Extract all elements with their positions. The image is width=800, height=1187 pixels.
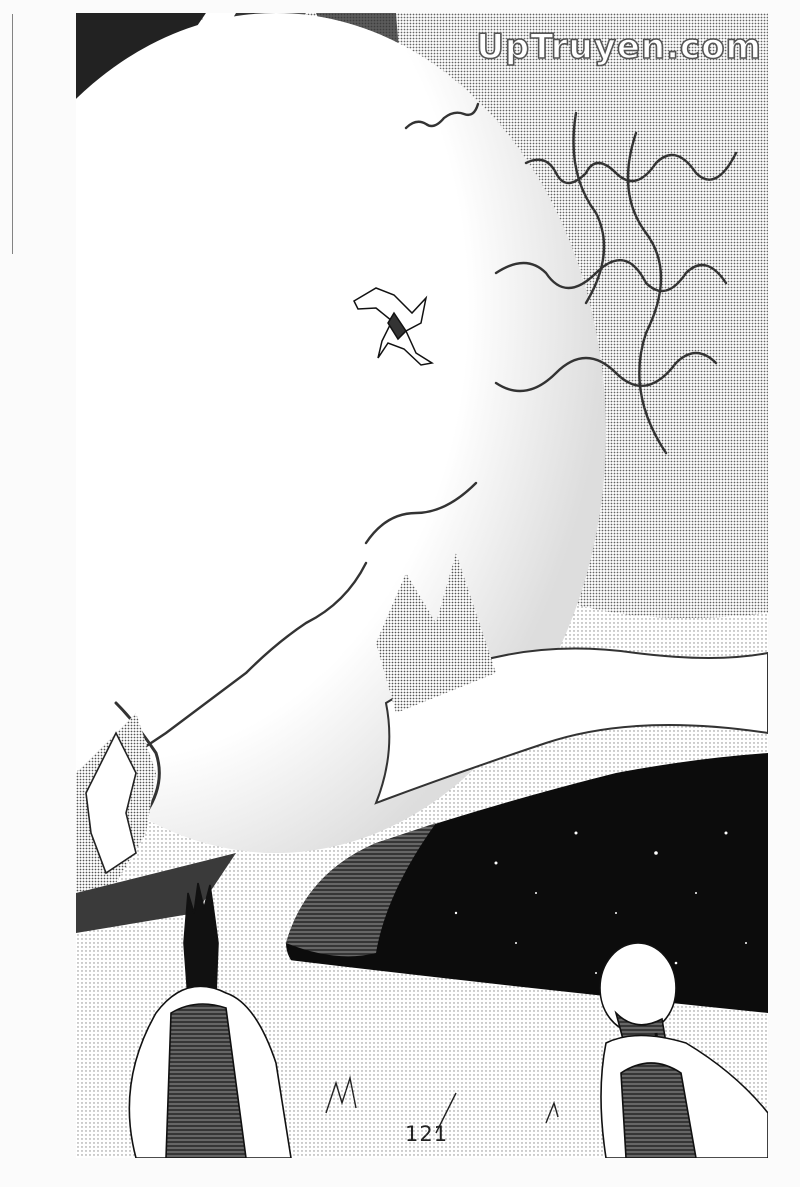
manga-panel: UpTruyen.com 121 bbox=[76, 13, 768, 1158]
panel-artwork bbox=[76, 13, 768, 1158]
scan-margin-line bbox=[12, 14, 13, 254]
watermark-text: UpTruyen.com bbox=[476, 27, 762, 67]
page-number: 121 bbox=[405, 1122, 448, 1146]
